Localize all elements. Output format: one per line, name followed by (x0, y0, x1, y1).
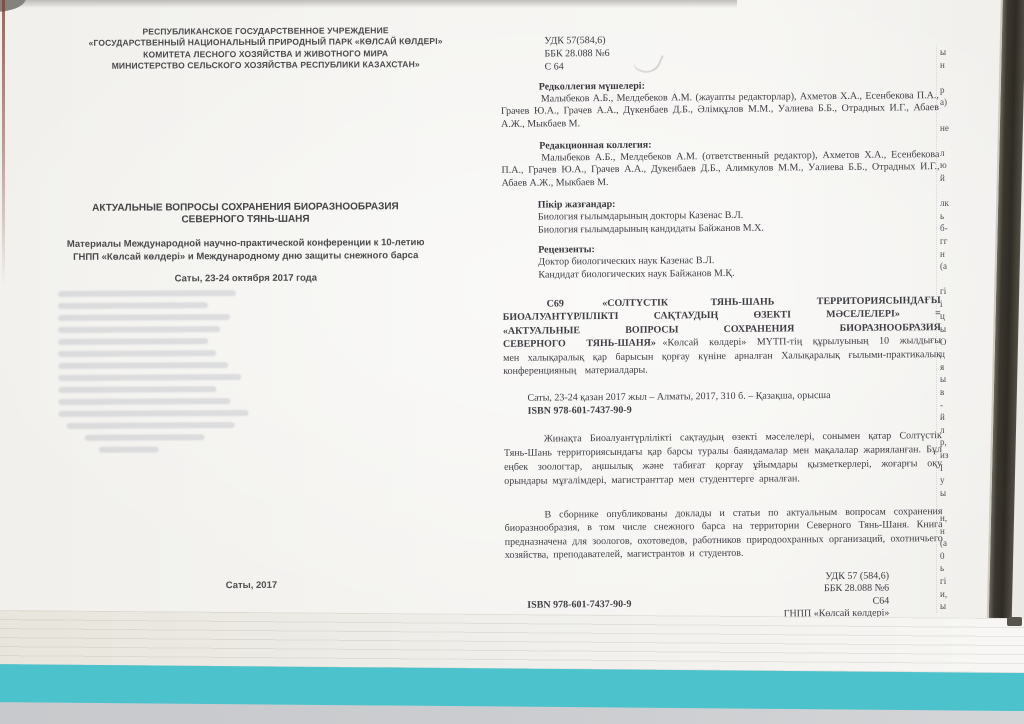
edge-fragment: л (940, 147, 966, 160)
abstract-russian: В сборнике опубликованы доклады и статьи… (504, 505, 942, 562)
edge-fragment (940, 185, 966, 198)
reviewer-line: Кандидат биологических наук Байжанов М.Қ… (538, 267, 734, 281)
red-edge-mark (2, 0, 5, 285)
edge-fragment: я (940, 361, 966, 374)
edge-fragment: ц (940, 310, 966, 323)
edge-fragment: л (940, 424, 966, 437)
edge-fragment: О (940, 336, 966, 349)
publisher-line: МИНИСТЕРСТВО СЕЛЬСКОГО ХОЗЯЙСТВА РЕСПУБЛ… (49, 59, 483, 73)
ghost-line (58, 386, 216, 393)
isbn: ISBN 978-601-7437-90-9 (528, 405, 632, 417)
editorial-board-kk-heading: Редколлегия мүшелері: (539, 81, 645, 93)
edge-fragment: гі (940, 285, 966, 298)
edge-fragment: ы (940, 323, 966, 336)
book-subtitle-line: ГНПП «Көлсай көлдері» и Международному д… (26, 249, 466, 264)
book-title-line: СЕВЕРНОГО ТЯНЬ-ШАНЯ (36, 213, 456, 227)
title-page-footer: Саты, 2017 (141, 579, 361, 591)
book-title-line: АКТУАЛЬНЫЕ ВОПРОСЫ СОХРАНЕНИЯ БИОРАЗНООБ… (35, 201, 455, 215)
edge-fragment: б- (940, 222, 966, 235)
catalog-code: С69 (547, 298, 564, 309)
ghost-line (58, 326, 220, 333)
isbn-bottom: ISBN 978-601-7437-90-9 (527, 599, 631, 611)
edge-fragment: гг (940, 235, 966, 248)
edge-fragment: р (940, 84, 966, 97)
catalog-sigla: С 64 (545, 60, 610, 74)
ghost-line (85, 434, 205, 441)
book-title: АКТУАЛЬНЫЕ ВОПРОСЫ СОХРАНЕНИЯ БИОРАЗНООБ… (35, 201, 455, 228)
reviewers-ru-lines: Доктор биологических наук Казенас В.Л. К… (538, 255, 734, 282)
ghost-line (58, 398, 230, 405)
ghost-line (67, 422, 235, 429)
edge-fragment: ы (940, 600, 966, 613)
edge-fragment: из (940, 449, 966, 462)
title-page: РЕСПУБЛИКАНСКОЕ ГОСУДАРСТВЕННОЕ УЧРЕЖДЕН… (0, 0, 494, 621)
edge-fragment: у (940, 474, 966, 487)
edge-fragment: ы (940, 46, 966, 59)
ghost-line (99, 446, 159, 452)
reviewers-kk-heading: Пікір жазғандар: (538, 199, 616, 211)
bottom-right-smudge (1007, 617, 1022, 626)
edge-fragment (940, 109, 966, 122)
udk-line: УДК 57 (584,6) (783, 571, 889, 584)
edge-fragment (940, 499, 966, 512)
edge-fragment: й (940, 411, 966, 424)
reviewer-line: Биология ғылымдарының кандидаты Байжанов… (538, 222, 764, 237)
publisher-line: «ГОСУДАРСТВЕННЫЙ НАЦИОНАЛЬНЫЙ ПРИРОДНЫЙ … (49, 36, 483, 50)
catalog-sigla: С64 (784, 595, 890, 608)
reviewers-ru-heading: Рецензенты: (538, 244, 595, 255)
udk-block-top: УДК 57(584,6) ББК 28.088 №6 С 64 (544, 34, 610, 74)
editorial-board-ru-heading: Редакционная коллегия: (539, 140, 651, 152)
reviewer-line: Доктор биологических наук Казенас В.Л. (538, 255, 734, 269)
ghost-line (59, 410, 249, 417)
edge-fragment: 0 (940, 550, 966, 563)
edge-fragment (940, 134, 966, 147)
edge-fragment: (а (940, 537, 966, 550)
edge-fragment: ы (940, 487, 966, 500)
edge-fragment: не (940, 122, 966, 135)
edge-fragment: в (940, 386, 966, 399)
edge-fragment (940, 71, 966, 84)
ghost-line (58, 338, 208, 345)
edge-fragment: ь (940, 562, 966, 575)
edge-fragment: и, (940, 588, 966, 601)
edge-fragment: н, (940, 512, 966, 525)
publisher-header: РЕСПУБЛИКАНСКОЕ ГОСУДАРСТВЕННОЕ УЧРЕЖДЕН… (49, 25, 483, 72)
imprint-line: Саты, 23-24 қазан 2017 жыл – Алматы, 201… (527, 389, 943, 405)
abstract-kazakh: Жинақта Биоалуантүрлілікті сақтаудың өзе… (504, 429, 942, 489)
catalog-entry: С69 «СОЛТҮСТІК ТЯНЬ-ШАНЬ ТЕРРИТОРИЯСЫНДА… (503, 294, 942, 378)
page-edge-fragments: ынра)нелюйлкьб-ггн(агііцыОцяыв-йлр,изІуы… (936, 46, 966, 613)
edge-fragment: І (940, 462, 966, 475)
ghost-line (58, 302, 208, 309)
edge-fragment: і (940, 298, 966, 311)
edge-fragment: н (940, 248, 966, 261)
edge-fragment: й (940, 172, 966, 185)
edge-fragment: гі (940, 575, 966, 588)
edge-fragment: лк (940, 197, 966, 210)
bbk-line: ББК 28.088 №6 (783, 583, 889, 596)
udk-block-bottom: УДК 57 (584,6) ББК 28.088 №6 С64 ГНПП «К… (783, 571, 889, 621)
editorial-board-ru-names: Малыбеков А.Б., Мелдебеков А.М. (ответст… (501, 149, 939, 190)
ghost-line (58, 350, 216, 357)
ghost-line (58, 314, 230, 321)
edge-fragment (940, 273, 966, 286)
edge-fragment: а) (940, 96, 966, 109)
imprint-page: УДК 57(584,6) ББК 28.088 №6 С 64 Редколл… (500, 0, 946, 647)
conference-date: Саты, 23-24 октября 2017 года (36, 272, 456, 285)
edge-fragment: р, (940, 436, 966, 449)
edge-fragment: ь (940, 210, 966, 223)
book-subtitle: Материалы Международной научно-практичес… (26, 237, 466, 264)
reviewers-kk-lines: Биология ғылымдарының докторы Казенас В.… (538, 210, 764, 237)
ghost-line (58, 374, 241, 381)
edge-fragment: - (940, 399, 966, 412)
edge-fragment: ы (940, 373, 966, 386)
ghost-text-block (58, 290, 279, 459)
udk-line: УДК 57(584,6) (544, 34, 609, 48)
edge-fragment: (а (940, 260, 966, 273)
edge-fragment: ю (940, 159, 966, 172)
scanner-top-shadow (0, 0, 737, 8)
ghost-line (58, 362, 228, 369)
editorial-board-kk-names: Малыбеков А.Б., Мелдебеков А.М. (жауапты… (501, 90, 939, 131)
edge-fragment: н (940, 59, 966, 72)
bbk-line: ББК 28.088 №6 (544, 47, 609, 61)
scanned-book-spread: РЕСПУБЛИКАНСКОЕ ГОСУДАРСТВЕННОЕ УЧРЕЖДЕН… (0, 0, 1024, 724)
ghost-line (58, 290, 236, 297)
edge-fragment: н (940, 525, 966, 538)
edge-fragment: ц (940, 348, 966, 361)
